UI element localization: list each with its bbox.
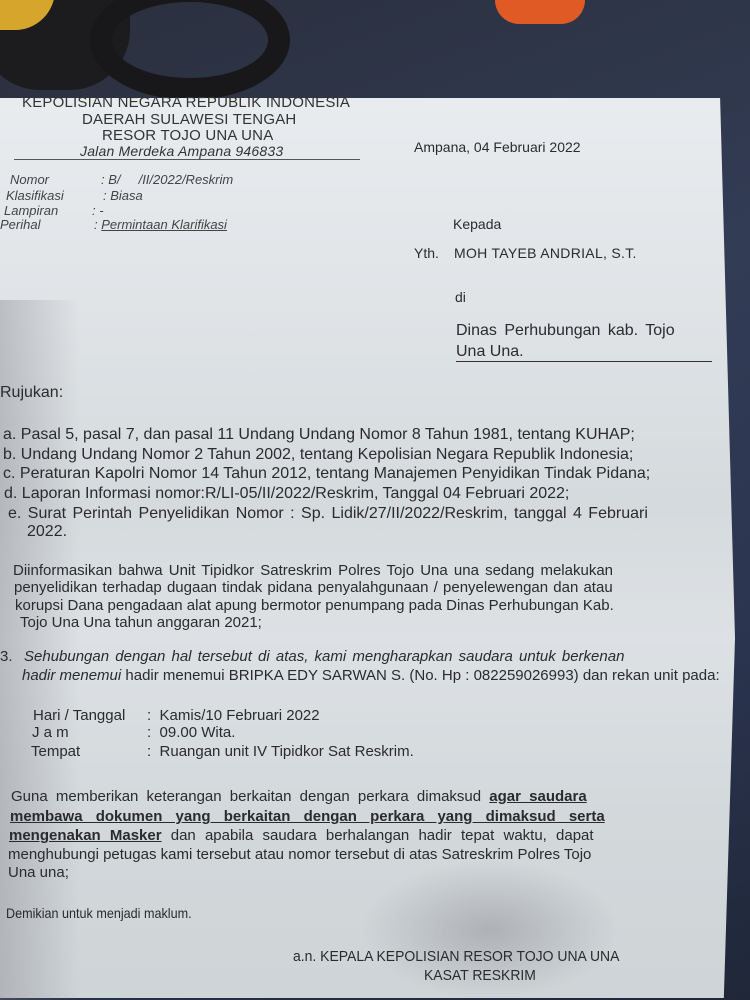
para2-line-3: korupsi Dana pengadaan alat apung bermot…: [15, 597, 614, 614]
para4-line-4: menghubungi petugas kami tersebut atau n…: [8, 846, 591, 863]
meta-value-perihal: : Permintaan Klarifikasi: [94, 217, 227, 232]
letterhead-line-1: KEPOLISIAN NEGARA REPUBLIK INDONESIA: [22, 94, 350, 111]
meta-value-nomor: : B/ /II/2022/Reskrim: [101, 172, 233, 187]
recipient-office-line-1: Dinas Perhubungan kab. Tojo: [456, 322, 675, 340]
closing-text: Demikian untuk menjadi maklum.: [6, 905, 192, 921]
letterhead-line-3: RESOR TOJO UNA UNA: [102, 127, 273, 144]
letterhead-rule: [14, 159, 360, 160]
meta-value-klasifikasi: : Biasa: [103, 188, 143, 203]
schedule-value-date: : Kamis/10 Februari 2022: [147, 707, 320, 724]
meta-label-nomor: Nomor: [10, 172, 49, 187]
rujukan-item-b: b. Undang Undang Nomor 2 Tahun 2002, ten…: [3, 446, 633, 464]
meta-label-klasifikasi: Klasifikasi: [6, 188, 64, 203]
place-date: Ampana, 04 Februari 2022: [414, 139, 581, 155]
recipient-underline: [456, 361, 712, 362]
meta-value-lampiran: : -: [92, 203, 104, 218]
para4-line-5: Una una;: [8, 864, 69, 881]
signature-line-1: a.n. KEPALA KEPOLISIAN RESOR TOJO UNA UN…: [293, 948, 619, 965]
meta-label-lampiran: Lampiran: [4, 203, 58, 218]
schedule-label-date: Hari / Tanggal: [33, 707, 125, 724]
para4-line-3: mengenakan Masker dan apabila saudara be…: [9, 827, 594, 844]
schedule-value-place: : Ruangan unit IV Tipidkor Sat Reskrim.: [147, 743, 414, 760]
para4-line-2: membawa dokumen yang berkaitan dengan pe…: [10, 808, 605, 825]
di-label: di: [455, 289, 466, 305]
schedule-label-time: J a m: [32, 724, 69, 741]
para3-line-1: Sehubungan dengan hal tersebut di atas, …: [24, 648, 624, 665]
rujukan-item-e: e. Surat Perintah Penyelidikan Nomor : S…: [8, 505, 648, 523]
para3-line-2: hadir menemui hadir menemui BRIPKA EDY S…: [22, 667, 720, 684]
letterhead-address: Jalan Merdeka Ampana 946833: [80, 143, 283, 159]
yellow-label: [0, 0, 55, 30]
schedule-value-time: : 09.00 Wita.: [147, 724, 235, 741]
schedule-label-place: Tempat: [31, 743, 80, 760]
kepada-label: Kepada: [453, 216, 501, 232]
rujukan-item-d: d. Laporan Informasi nomor:R/LI-05/II/20…: [4, 485, 569, 503]
rujukan-title: Rujukan:: [0, 384, 63, 402]
orange-object: [495, 0, 585, 24]
signature-line-2: KASAT RESKRIM: [424, 967, 536, 984]
letterhead-line-2: DAERAH SULAWESI TENGAH: [82, 111, 296, 128]
rujukan-item-c: c. Peraturan Kapolri Nomor 14 Tahun 2012…: [3, 465, 650, 483]
yth-label: Yth.: [414, 245, 439, 261]
meta-label-perihal: Perihal: [0, 217, 40, 232]
recipient-name: MOH TAYEB ANDRIAL, S.T.: [454, 245, 637, 261]
rujukan-item-e-cont: 2022.: [27, 523, 67, 541]
rujukan-item-a: a. Pasal 5, pasal 7, dan pasal 11 Undang…: [3, 426, 635, 444]
para4-line-1: Guna memberikan keterangan berkaitan den…: [11, 788, 587, 805]
para2-line-4: Tojo Una Una tahun anggaran 2021;: [20, 614, 262, 631]
para3-marker: 3.: [0, 648, 13, 665]
recipient-office-line-2: Una Una.: [456, 343, 524, 361]
para2-line-1: Diinformasikan bahwa Unit Tipidkor Satre…: [13, 562, 613, 579]
para2-line-2: penyelidikan terhadap dugaan tindak pida…: [14, 579, 613, 596]
